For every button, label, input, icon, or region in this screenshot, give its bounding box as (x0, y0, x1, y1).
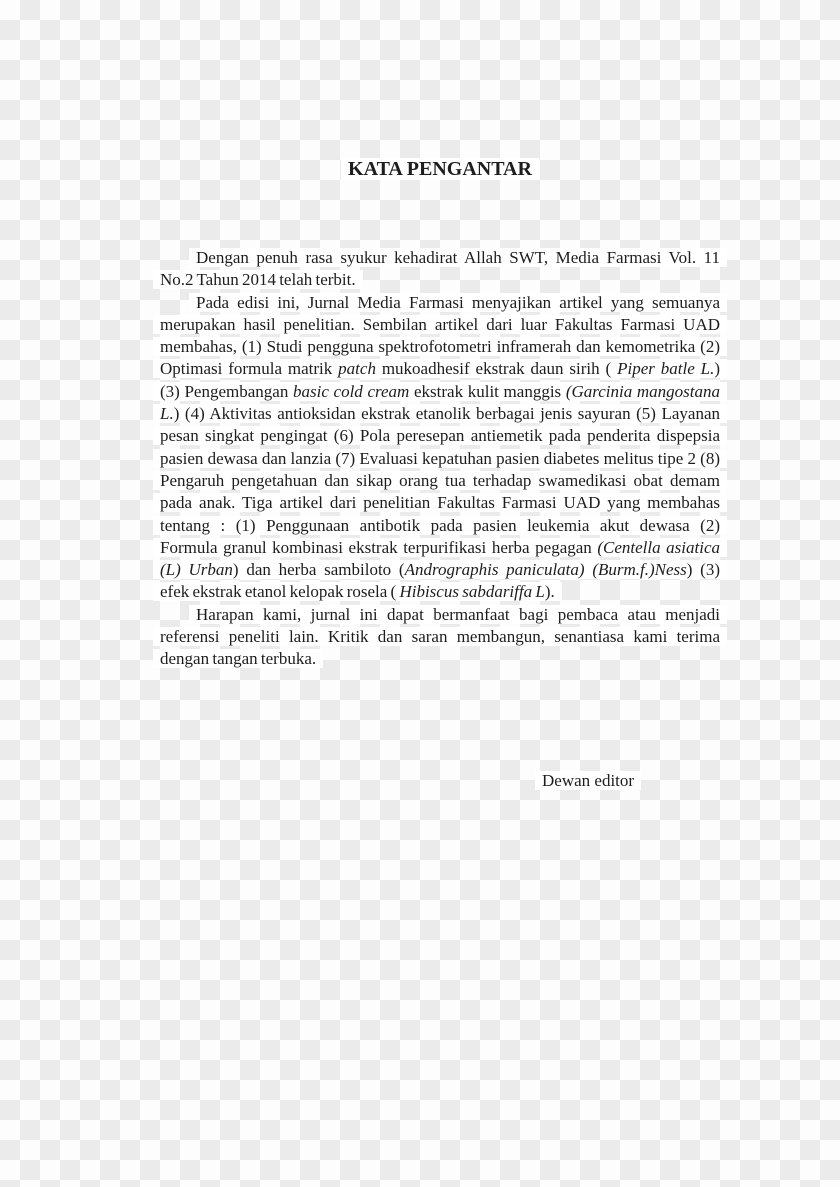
text-line-content: merupakan hasil penelitian. Sembilan art… (153, 315, 727, 334)
text-line: (3) Pengembangan basic cold cream ekstra… (160, 381, 720, 403)
text-line-content: pesan singkat pengingat (6) Pola peresep… (153, 426, 727, 445)
text-line: pasien dewasa dan lanzia (7) Evaluasi ke… (160, 448, 720, 470)
text-line: (L) Urban) dan herba sambiloto (Androgra… (160, 559, 720, 581)
text-line: merupakan hasil penelitian. Sembilan art… (160, 314, 720, 336)
text-line: dengan tangan terbuka. (160, 648, 720, 670)
text-line-content: dengan tangan terbuka. (153, 649, 323, 668)
text-line-content: membahas, (1) Studi pengguna spektrofoto… (153, 337, 727, 356)
text-line-content: pasien dewasa dan lanzia (7) Evaluasi ke… (153, 449, 727, 468)
text-line-content: efek ekstrak etanol kelopak rosela ( Hib… (153, 582, 562, 601)
text-line: Harapan kami, jurnal ini dapat bermanfaa… (160, 604, 720, 626)
text-line: pada anak. Tiga artikel dari penelitian … (160, 492, 720, 514)
text-line-content: Formula granul kombinasi ekstrak terpuri… (153, 538, 727, 557)
text-line-content: referensi peneliti lain. Kritik dan sara… (153, 627, 727, 646)
text-line-content: Dengan penuh rasa syukur kehadirat Allah… (189, 248, 727, 267)
text-line-content: (L) Urban) dan herba sambiloto (Androgra… (153, 560, 727, 579)
text-line-content: tentang : (1) Penggunaan antibotik pada … (153, 516, 727, 535)
document-title: KATA PENGANTAR (160, 158, 720, 181)
text-line: pesan singkat pengingat (6) Pola peresep… (160, 425, 720, 447)
text-line: Pengaruh pengetahuan dan sikap orang tua… (160, 470, 720, 492)
text-line: L.) (4) Aktivitas antioksidan ekstrak et… (160, 403, 720, 425)
text-line-content: Pengaruh pengetahuan dan sikap orang tua… (153, 471, 727, 490)
text-line: Dengan penuh rasa syukur kehadirat Allah… (160, 247, 720, 269)
text-line-content: Pada edisi ini, Jurnal Media Farmasi men… (189, 293, 727, 312)
text-line-content: pada anak. Tiga artikel dari penelitian … (153, 493, 727, 512)
text-line: efek ekstrak etanol kelopak rosela ( Hib… (160, 581, 720, 603)
text-line: tentang : (1) Penggunaan antibotik pada … (160, 515, 720, 537)
document-body: Dengan penuh rasa syukur kehadirat Allah… (160, 247, 720, 671)
document-title-text: KATA PENGANTAR (341, 158, 539, 180)
closing-signature: Dewan editor (542, 770, 634, 792)
text-line: referensi peneliti lain. Kritik dan sara… (160, 626, 720, 648)
text-line-content: (3) Pengembangan basic cold cream ekstra… (153, 382, 727, 401)
closing-signature-text: Dewan editor (535, 771, 641, 790)
text-line: No.2 Tahun 2014 telah terbit. (160, 269, 720, 291)
text-line-content: L.) (4) Aktivitas antioksidan ekstrak et… (153, 404, 727, 423)
text-line: Formula granul kombinasi ekstrak terpuri… (160, 537, 720, 559)
text-line: membahas, (1) Studi pengguna spektrofoto… (160, 336, 720, 358)
text-line: Pada edisi ini, Jurnal Media Farmasi men… (160, 292, 720, 314)
canvas-transparency-background: { "canvas": { "background": "transparenc… (0, 0, 840, 1187)
text-line-content: Optimasi formula matrik patch mukoadhesi… (153, 359, 727, 378)
text-line-content: No.2 Tahun 2014 telah terbit. (153, 270, 363, 289)
text-line-content: Harapan kami, jurnal ini dapat bermanfaa… (189, 605, 727, 624)
text-line: Optimasi formula matrik patch mukoadhesi… (160, 358, 720, 380)
